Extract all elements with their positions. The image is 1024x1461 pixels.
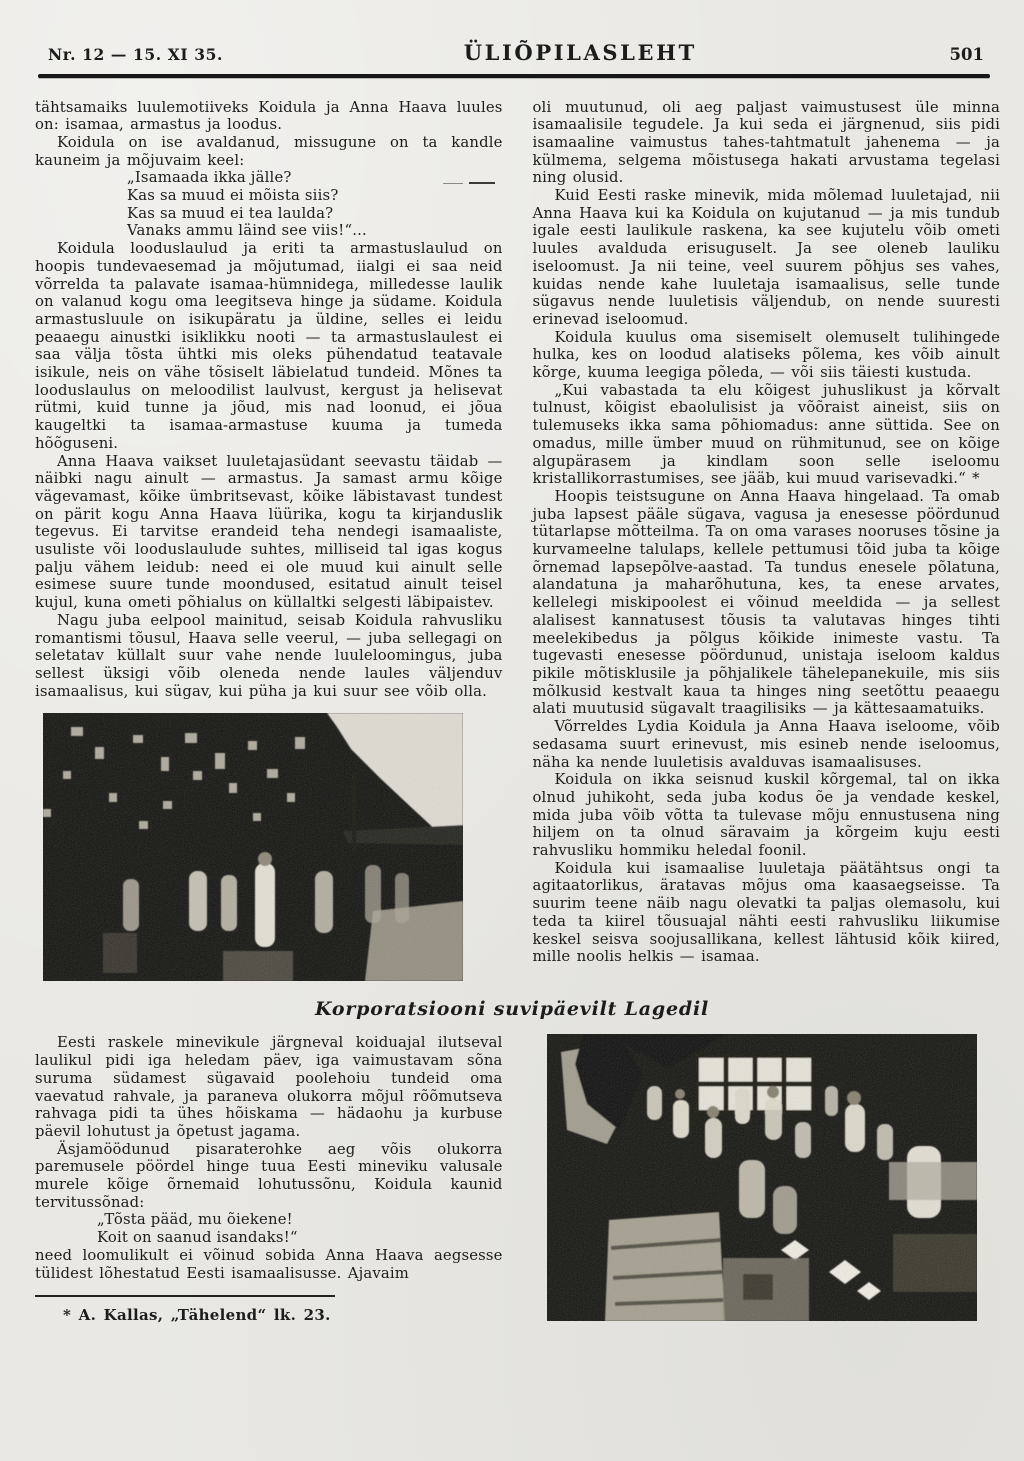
article-bottom-section: Eesti raskele minevikule järgneval koidu…: [0, 1025, 1024, 1324]
photo-group-under-trees: [43, 713, 463, 981]
photo-group-on-steps: [547, 1034, 977, 1321]
bottom-paragraph-2: Äsjamöödunud pisaraterohke aeg võis oluk…: [35, 1141, 503, 1212]
right-paragraph-8: Koidula kui isamaalise luuletaja päätäht…: [533, 860, 1001, 966]
right-paragraph-6: Võrreldes Lydia Koidula ja Anna Haava is…: [533, 718, 1001, 771]
masthead-title: ÜLIÕPILASLEHT: [464, 40, 697, 65]
page-header: Nr. 12 — 15. XI 35. ÜLIÕPILASLEHT 501: [0, 0, 1024, 65]
right-paragraph-3: Koidula kuulus oma sisemiselt olemuselt …: [533, 329, 1001, 382]
left-paragraph-2: Koidula on ise avaldanud, missugune on t…: [35, 134, 503, 169]
poem-line: Kas sa muud ei tea laulda?: [127, 205, 503, 223]
right-paragraph-7: Koidula on ikka seisnud kuskil kõrgemal,…: [533, 771, 1001, 860]
poem-quote-2: „Tõsta pääd, mu õiekene! Koit on saanud …: [97, 1211, 503, 1246]
issue-number: Nr. 12 — 15. XI 35.: [48, 45, 223, 64]
scan-artifact-dashes: [443, 173, 501, 192]
bottom-right-column: [533, 1034, 1001, 1324]
right-paragraph-2: Kuid Eesti raske minevik, mida mõlemad l…: [533, 187, 1001, 329]
footnote-rule: [35, 1295, 335, 1297]
left-column: tähtsamaiks luulemotiiveks Koidula ja An…: [35, 99, 503, 982]
right-paragraph-1: oli muutunud, oli aeg paljast vaimustuse…: [533, 99, 1001, 188]
bottom-left-column: Eesti raskele minevikule järgneval koidu…: [35, 1034, 503, 1324]
left-paragraph-4: Anna Haava vaikset luuletajasüdant seeva…: [35, 453, 503, 612]
poem-line: Vanaks ammu läind see viis!“...: [127, 222, 503, 240]
left-paragraph-5: Nagu juba eelpool mainitud, seisab Koidu…: [35, 612, 503, 701]
bottom-paragraph-1: Eesti raskele minevikule järgneval koidu…: [35, 1034, 503, 1140]
footnote: * A. Kallas, „Tähelend“ lk. 23.: [63, 1306, 503, 1324]
right-column: oli muutunud, oli aeg paljast vaimustuse…: [533, 99, 1001, 982]
left-paragraph-3: Koidula looduslaulud ja eriti ta armastu…: [35, 240, 503, 452]
newspaper-page: Nr. 12 — 15. XI 35. ÜLIÕPILASLEHT 501 tä…: [0, 0, 1024, 1461]
poem-line: „Tõsta pääd, mu õiekene!: [97, 1211, 503, 1229]
left-paragraph-1: tähtsamaiks luulemotiiveks Koidula ja An…: [35, 99, 503, 134]
right-paragraph-5: Hoopis teistsugune on Anna Haava hingela…: [533, 488, 1001, 718]
section-heading: Korporatsiooni suvipäevilt Lagedil: [0, 998, 1024, 1020]
right-paragraph-4: „Kui vabastada ta elu kõigest juhuslikus…: [533, 382, 1001, 488]
page-number: 501: [950, 45, 984, 64]
poem-line: Koit on saanud isandaks!“: [97, 1229, 503, 1247]
bottom-paragraph-3: need loomulikult ei võinud sobida Anna H…: [35, 1247, 503, 1282]
article-top-section: tähtsamaiks luulemotiiveks Koidula ja An…: [0, 78, 1024, 982]
